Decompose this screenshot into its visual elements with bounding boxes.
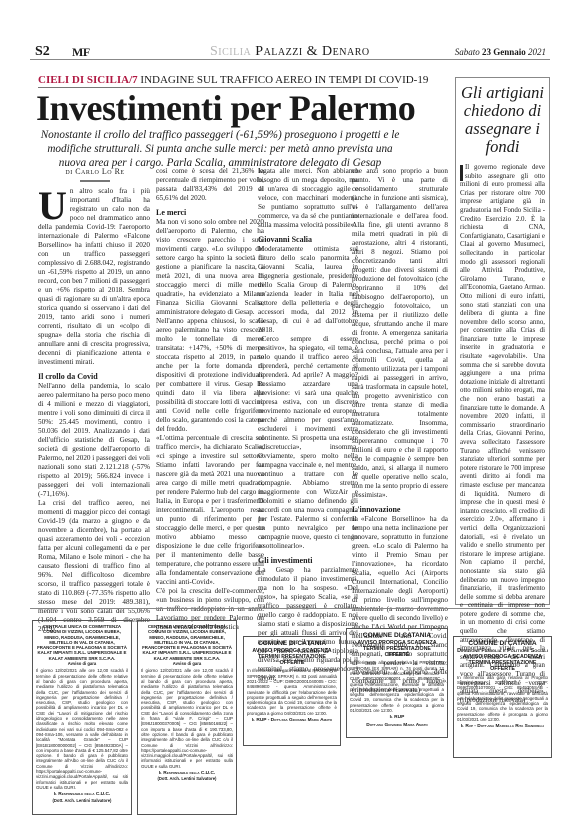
byline-divider xyxy=(80,180,110,182)
notice-subtitle: AVVISO PROROGA SCADENZA TERMINI PRESENTA… xyxy=(457,654,548,673)
notice-subheader: Avviso di gara xyxy=(36,661,128,666)
notice-department: Direzione Famiglia e Politiche Sociali xyxy=(457,648,548,654)
notice-subheader: Avviso di gara xyxy=(141,661,233,666)
masthead: S2 MF Sicilia Palazzi & Denaro Sabato 23… xyxy=(30,44,550,60)
article-paragraph: Nell'anno della pandemia, lo scalo aereo… xyxy=(38,382,150,499)
article-paragraph: legata alle merci. Non abbiamo bisogno d… xyxy=(258,167,358,230)
notice-signature: Il RUP - Dott.ssa Giovanna Maria Amato xyxy=(247,718,337,723)
issue-date: Sabato 23 Gennaio 2021 xyxy=(455,47,546,57)
sidebar-article: Gli artigiani chiedono di assegnare i fo… xyxy=(455,77,550,605)
sidebar-title: Gli artigiani chiedono di assegnare i fo… xyxy=(460,84,545,156)
notice-signature-name: (Dott. Arch. Lentini Salvatore) xyxy=(36,798,128,803)
section-title: Sicilia Palazzi & Denaro xyxy=(210,44,370,60)
article-paragraph: Moderatamente ottimista sul futuro dello… xyxy=(258,245,358,335)
article-paragraph: «L'ottima percentuale di crescita sul tr… xyxy=(156,434,264,587)
notice-body: In riferimento alla gara relativa al Pro… xyxy=(457,675,548,723)
article-paragraph: così come è scesa del 21,36% la percentu… xyxy=(156,167,264,203)
article-paragraph: che anzi sono proprio a buon punto. Vi è… xyxy=(352,167,448,500)
subheading: Gli investimenti xyxy=(258,556,358,566)
notice-signature-name: Dott.ssa Giovanna Maria Amato xyxy=(350,723,444,728)
subheading: L'innovazione xyxy=(352,505,448,515)
notice-subtitle: AVVISO PROROGA SCADENZA TERMINI PRESENTA… xyxy=(350,640,444,659)
article-paragraph: La crisi del traffico aereo, nei momenti… xyxy=(38,499,150,634)
section-title-grey: Sicilia xyxy=(210,44,251,59)
article-paragraph: «Cerco sempre di essere positivo», ha sp… xyxy=(258,335,358,551)
notice-signature-name: (Dott. Arch. Lentini Salvatore) xyxy=(141,776,233,781)
notice-signature: Il RUP xyxy=(350,715,444,720)
legal-notice-catania-3: COMUNE DI CATANIA Direzione Famiglia e P… xyxy=(453,636,552,758)
section-divider xyxy=(30,608,550,609)
initial-bar-icon xyxy=(460,165,463,181)
article-headline: Investimenti per Palermo xyxy=(36,87,415,129)
article-column-2: così come è scesa del 21,36% la percentu… xyxy=(156,167,264,632)
date-day: Sabato xyxy=(455,47,480,57)
notice-body: In riferimento alla gara relativa al PRO… xyxy=(350,660,444,713)
notice-header: CENTRALE UNICA DI COMMITTENZA COMUNI DI … xyxy=(36,624,128,661)
notice-title: COMUNE DI CATANIA xyxy=(457,640,548,648)
date-main: 23 Gennaio xyxy=(482,47,526,57)
kicker-label: CIELI DI SICILIA/7 xyxy=(38,74,138,86)
subheading: Giovanni Scalia xyxy=(258,235,358,245)
notice-body: Il giorno 12/02/2021 alle ore 12,00 scad… xyxy=(36,668,128,790)
notice-title: COMUNE DI CATANIA xyxy=(350,632,444,640)
legal-notice-catania-2: COMUNE DI CATANIA AVVISO PROROGA SCADENZ… xyxy=(346,628,448,738)
page-number: S2 xyxy=(35,44,50,60)
date-year: 2021 xyxy=(528,47,546,57)
legal-notice-catania-1: COMUNE DI CATANIA AVVISO PROROGA SCADENZ… xyxy=(243,636,341,746)
subheading: Le merci xyxy=(156,208,264,218)
notice-signature: Il Rup - Dott.ssa Marcella Rita Signorel… xyxy=(457,724,548,729)
kicker-text: INDAGINE SUL TRAFFICO AEREO IN TEMPI DI … xyxy=(140,74,428,86)
dropcap: U xyxy=(38,189,67,223)
article-byline: di Carlo Lo Re xyxy=(40,167,150,176)
article-kicker: CIELI DI SICILIA/7 INDAGINE SUL TRAFFICO… xyxy=(38,74,398,88)
notice-body: In riferimento alla gara relativa al PRO… xyxy=(247,668,337,716)
notice-title: COMUNE DI CATANIA xyxy=(247,640,337,648)
notice-subtitle: AVVISO PROROGA SCADENZA TERMINI PRESENTA… xyxy=(247,648,337,667)
legal-notice-cuc-1: CENTRALE UNICA DI COMMITTENZA COMUNI DI … xyxy=(32,620,132,815)
article-column-4: che anzi sono proprio a buon punto. Vi è… xyxy=(352,167,448,695)
sidebar-body: Il governo regionale deve subito assegna… xyxy=(460,164,545,705)
section-title-dark: Palazzi & Denaro xyxy=(255,44,369,59)
article-paragraph: Ma non vi sono solo ombre nel 2020 dell'… xyxy=(156,218,264,317)
article-paragraph: Nell'anno appena chiusosi, lo scalo aere… xyxy=(156,317,264,434)
notice-body: Il giorno 12/02/2021 alle ore 12,00 scad… xyxy=(141,668,233,769)
notice-header: CENTRALE UNICA DI COMMITTENZA COMUNI DI … xyxy=(141,624,233,661)
article-deck: Nonostante il crollo del traffico passeg… xyxy=(40,128,400,170)
publication-logo: MF xyxy=(72,45,90,60)
article-column-3: legata alle merci. Non abbiamo bisogno d… xyxy=(258,167,358,683)
article-column-1: Un altro scalo fra i più importanti d'It… xyxy=(38,187,150,634)
subheading: Il crollo da Covid xyxy=(38,372,150,382)
legal-notice-cuc-2: CENTRALE UNICA DI COMMITTENZA COMUNI DI … xyxy=(137,620,237,815)
